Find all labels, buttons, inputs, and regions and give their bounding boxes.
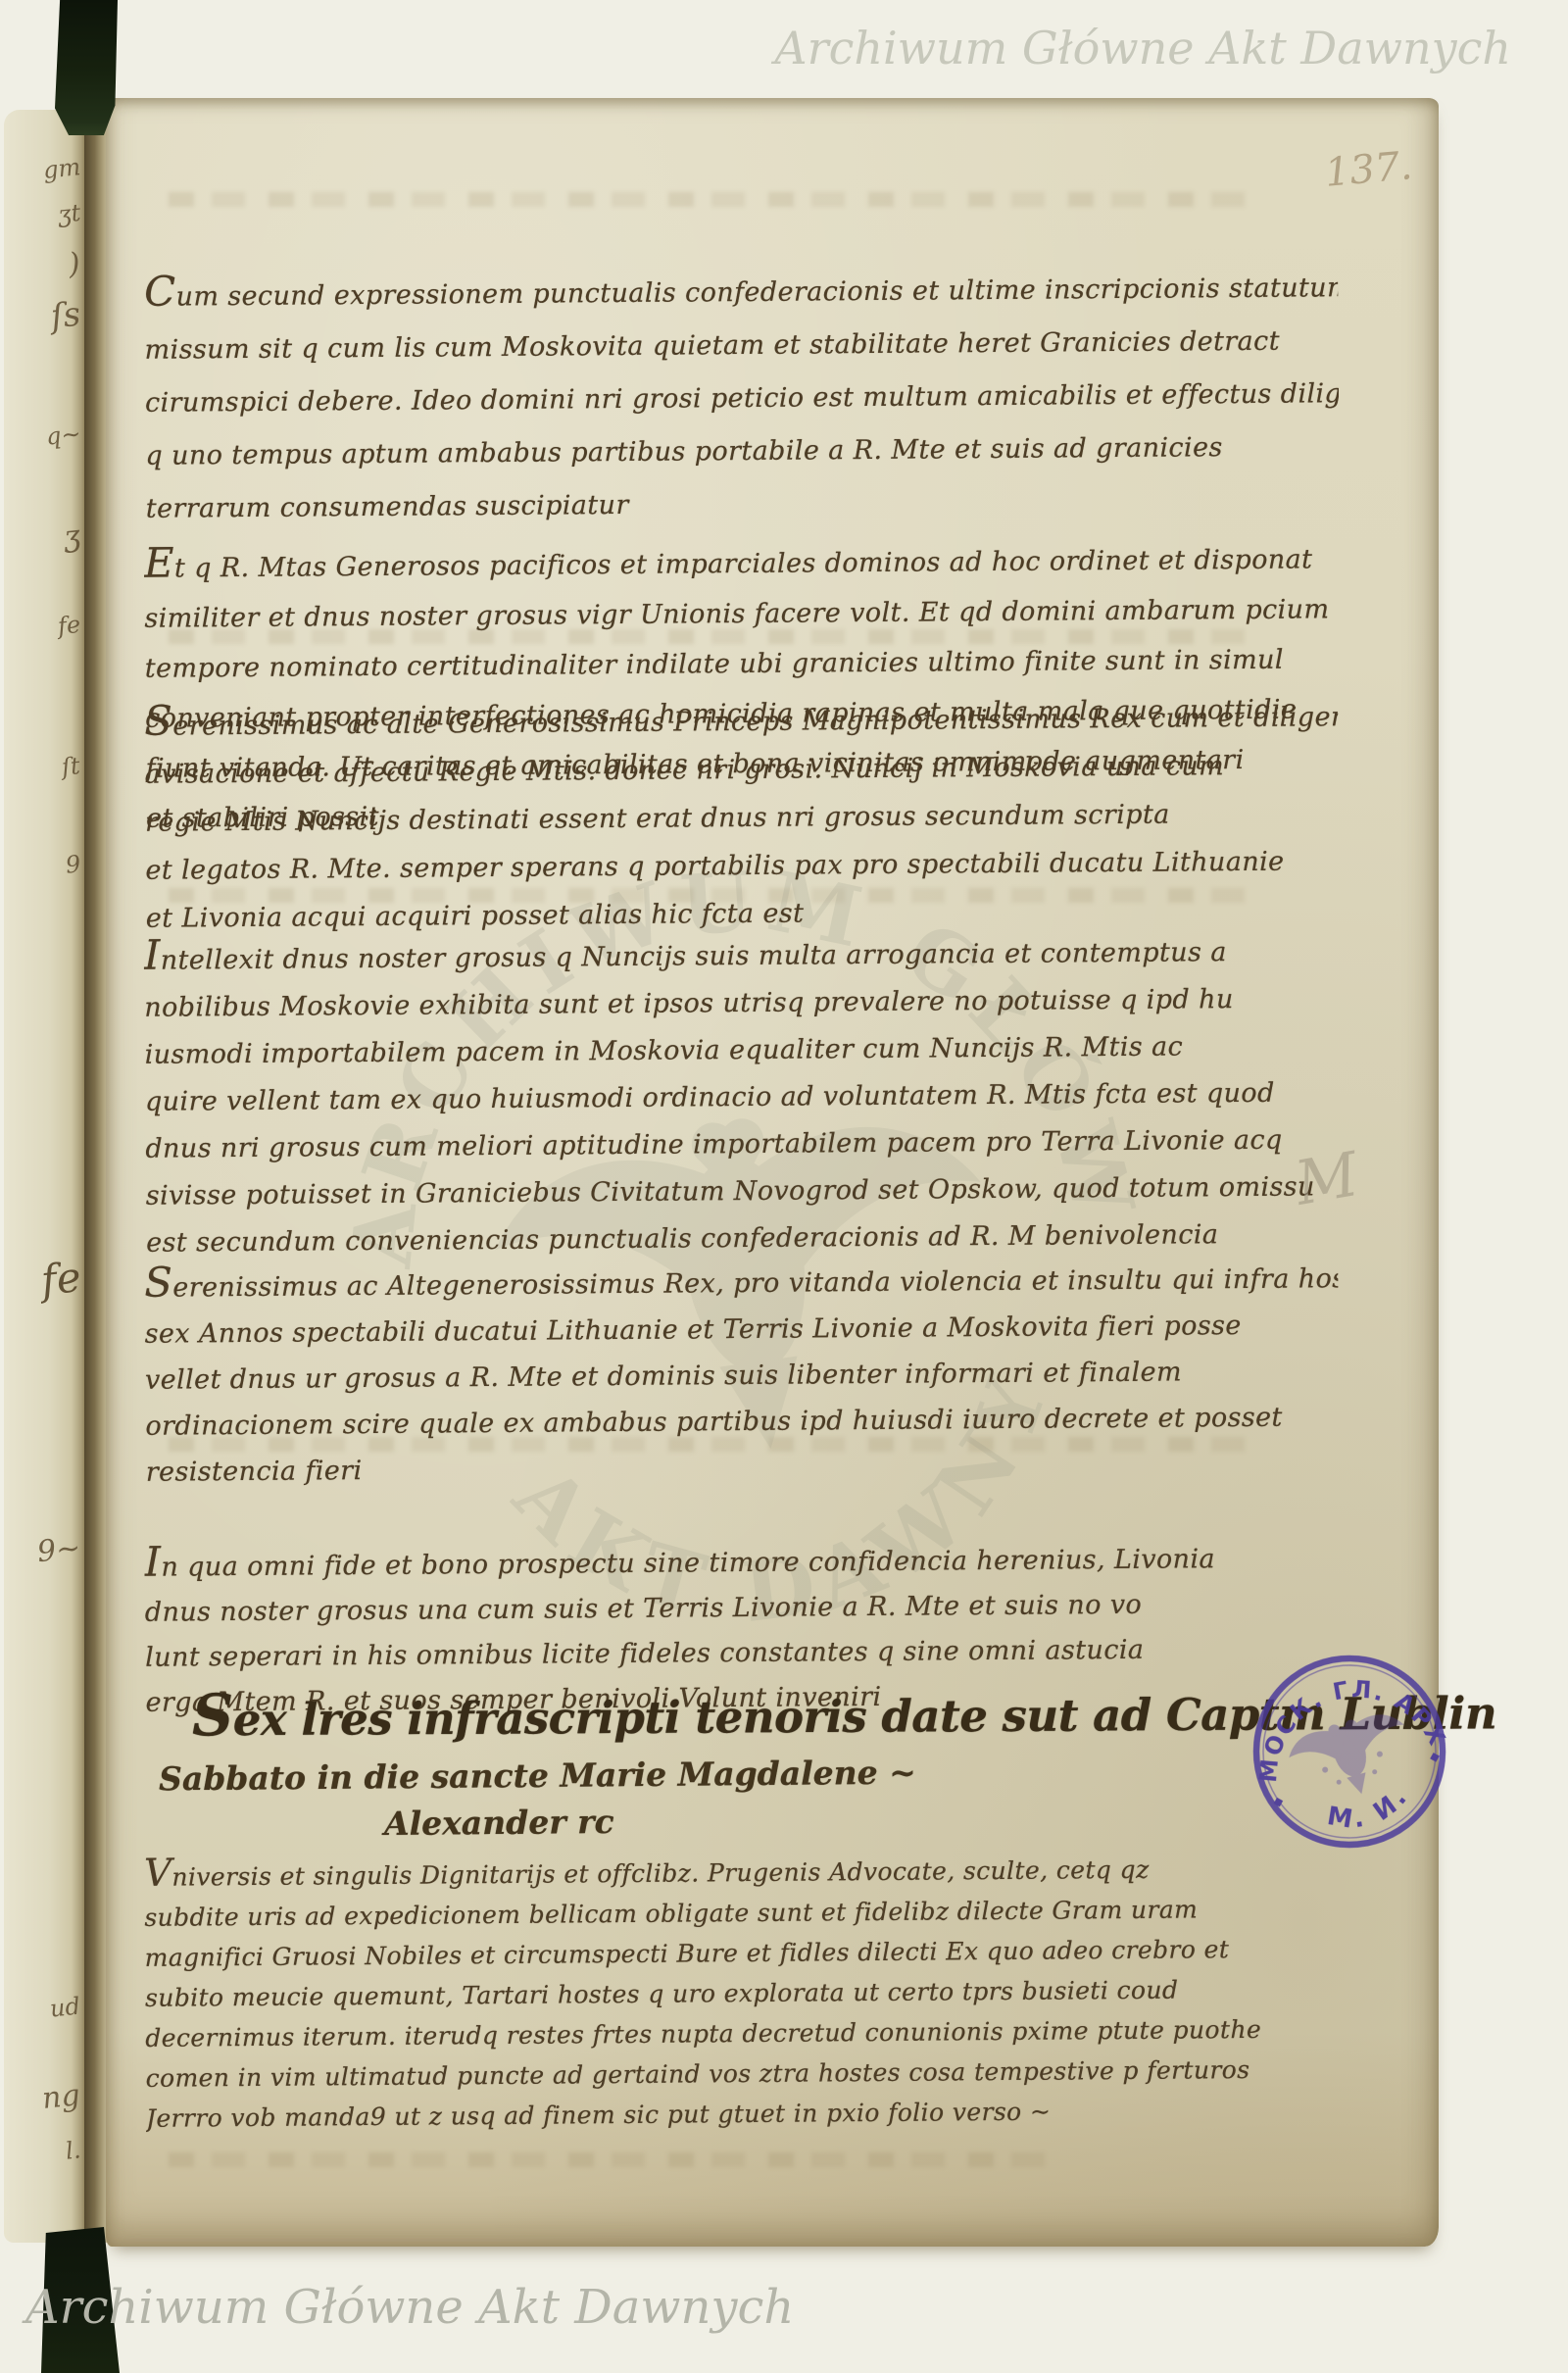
previous-page-text-fragment: q~ [44, 420, 81, 451]
previous-page-text-fragment: fe [57, 611, 82, 640]
show-through-line [169, 192, 1266, 207]
archive-watermark-bottom: Archiwum Główne Akt Dawnych [25, 2280, 794, 2335]
show-through-line [169, 2152, 1051, 2167]
previous-page-text-fragment: ſs [49, 295, 82, 337]
bookmark-ribbon-top [55, 0, 118, 135]
manuscript-line: resistencia fieri [146, 1440, 1340, 1496]
previous-page-edge: gmʒt)ſsq~ʒfeſt9fe9~udngl. [4, 110, 86, 2243]
previous-page-text-fragment: ʒt [56, 199, 81, 228]
manuscript-line: et legatos R. Mte. semper sperans q port… [145, 837, 1339, 895]
folio-number: 137. [1323, 143, 1414, 196]
manuscript-line: cirumspici debere. Ideo domini nri grosi… [145, 368, 1339, 430]
manuscript-paragraph-1: Cum secund expressionem punctualis confe… [144, 262, 1340, 536]
previous-page-text-fragment: ud [49, 1992, 82, 2022]
manuscript-scan: { "scan": { "archive_watermark_top": "Ar… [0, 0, 1568, 2373]
previous-page-text-fragment: l. [64, 2136, 81, 2164]
manuscript-line: Cum secund expressionem punctualis confe… [144, 262, 1338, 324]
previous-page-text-fragment: ) [67, 246, 81, 281]
manuscript-line: ordinacionem scire quale ex ambabus part… [145, 1394, 1339, 1450]
manuscript-paragraph-4: Intellexit dnus noster grosus q Nuncijs … [144, 928, 1341, 1267]
manuscript-paragraph-7: Vniversis et singulis Dignitarijs et off… [144, 1848, 1356, 2139]
manuscript-paragraph-3: Serenissimus ac alte Generosissimus Prin… [144, 693, 1340, 943]
previous-page-text-fragment: ng [41, 2078, 82, 2116]
bookmark-ribbon-bottom [41, 2227, 120, 2373]
previous-page-text-fragment: 9~ [35, 1531, 82, 1569]
margin-pencil-mark: M [1290, 1138, 1363, 1219]
rubric-date-line: Sabbato in die sancte Marie Magdalene ~ [159, 1754, 916, 1799]
manuscript-line: In qua omni fide et bono prospectu sine … [144, 1536, 1338, 1591]
manuscript-line: missum sit q cum lis cum Moskovita quiet… [144, 315, 1338, 377]
previous-page-text-fragment: fe [38, 1253, 82, 1305]
archive-watermark-top: Archiwum Główne Akt Dawnych [774, 22, 1511, 74]
previous-page-text-fragment: ſt [61, 752, 81, 781]
previous-page-text-fragment: 9 [64, 850, 81, 878]
manuscript-line: terrarum consumendas suscipiatur [146, 473, 1340, 536]
manuscript-paragraph-5: Serenissimus ac Altegenerosissimus Rex, … [144, 1256, 1340, 1496]
previous-page-text-fragment: gm [42, 153, 82, 184]
rubric-king-name: Alexander rc [384, 1803, 614, 1843]
previous-page-text-fragment: ʒ [62, 519, 82, 555]
manuscript-line: q uno tempus aptum ambabus partibus port… [145, 420, 1339, 483]
